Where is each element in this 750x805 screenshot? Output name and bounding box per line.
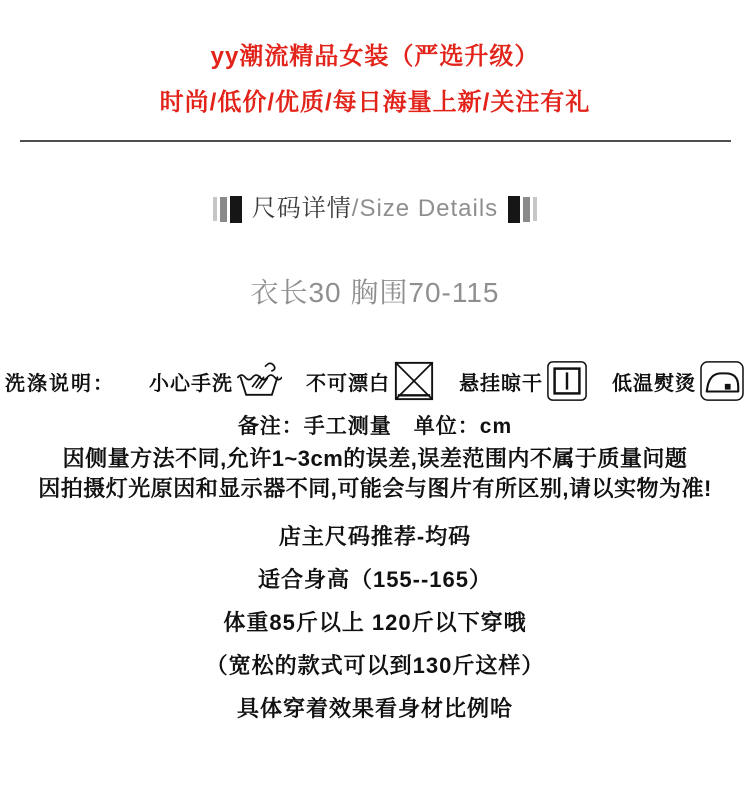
recommend-size-line: 店主尺码推荐-均码 xyxy=(0,524,750,550)
recommend-fit-line: 具体穿着效果看身材比例哈 xyxy=(0,696,750,722)
iron-low-temp-label: 低温熨烫 xyxy=(612,367,696,396)
promo-subline: 时尚/低价/优质/每日海量上新/关注有礼 xyxy=(0,89,750,117)
wash-care-row: 洗涤说明： 小心手洗 不可漂白 xyxy=(0,356,750,406)
section-title: 尺码详情/Size Details xyxy=(252,194,498,224)
no-bleach-icon xyxy=(393,360,435,402)
hang-dry-label: 悬挂晾干 xyxy=(459,367,543,396)
wash-item-hang-dry: 悬挂晾干 xyxy=(459,360,588,402)
wash-item-hand-wash: 小心手洗 xyxy=(149,360,282,402)
recommend-weight-line: 体重85斤以上 120斤以下穿哦 xyxy=(0,610,750,636)
note-units: 备注：手工测量 单位：cm xyxy=(0,414,750,440)
wash-item-iron-low: 低温熨烫 xyxy=(612,360,745,402)
hand-wash-icon xyxy=(236,360,282,402)
no-bleach-label: 不可漂白 xyxy=(306,367,390,396)
wash-instructions-label: 洗涤说明： xyxy=(5,367,115,396)
heading-bars-right-icon xyxy=(508,196,537,223)
recommend-loose-line: （宽松的款式可以到130斤这样） xyxy=(0,653,750,679)
hand-wash-label: 小心手洗 xyxy=(149,367,233,396)
size-recommendation: 店主尺码推荐-均码 适合身高（155--165） 体重85斤以上 120斤以下穿… xyxy=(0,524,750,739)
section-title-en: /Size Details xyxy=(352,195,498,222)
iron-low-temp-icon xyxy=(699,360,745,402)
divider-line xyxy=(20,140,731,142)
measurement-notes: 备注：手工测量 单位：cm 因侧量方法不同,允许1~3cm的误差,误差范围内不属… xyxy=(0,414,750,504)
recommend-height-line: 适合身高（155--165） xyxy=(0,567,750,593)
heading-bars-left-icon xyxy=(213,196,242,223)
section-heading: 尺码详情/Size Details xyxy=(0,194,750,224)
size-details-page: yy潮流精品女装（严选升级） 时尚/低价/优质/每日海量上新/关注有礼 尺码详情… xyxy=(0,0,750,805)
promo-headline: yy潮流精品女装（严选升级） xyxy=(0,43,750,71)
note-tolerance: 因侧量方法不同,允许1~3cm的误差,误差范围内不属于质量问题 xyxy=(0,444,750,474)
wash-item-no-bleach: 不可漂白 xyxy=(306,360,435,402)
section-title-cn: 尺码详情 xyxy=(252,195,352,222)
note-color-difference: 因拍摄灯光原因和显示器不同,可能会与图片有所区别,请以实物为准! xyxy=(0,474,750,504)
garment-measurements: 衣长30 胸围70-115 xyxy=(0,276,750,310)
hang-dry-icon xyxy=(546,360,588,402)
